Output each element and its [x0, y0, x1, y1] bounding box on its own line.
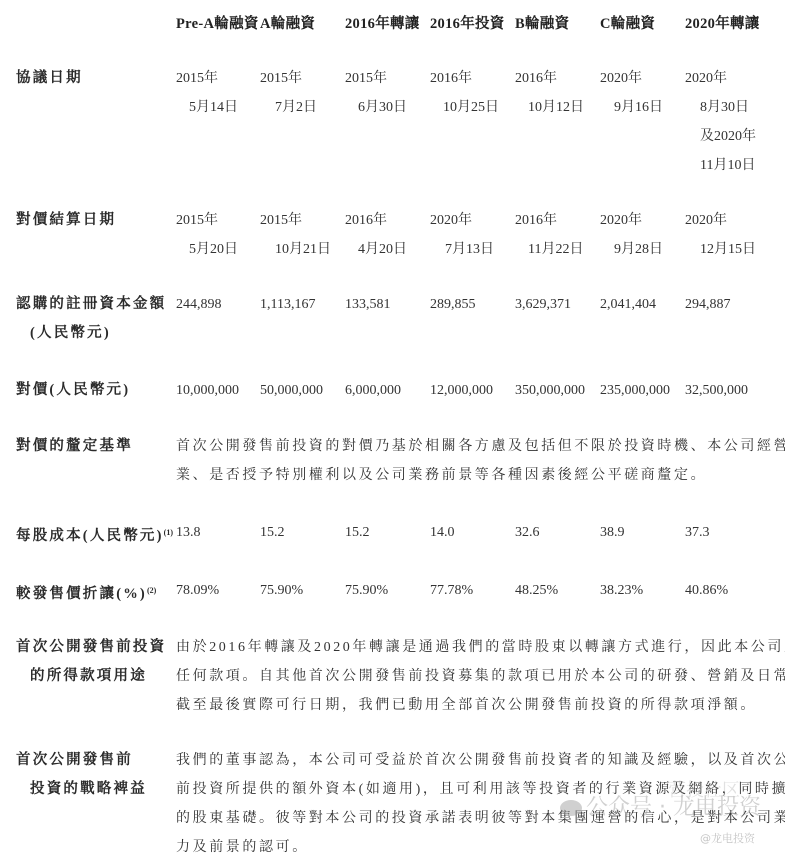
agreement-date-cell: 2020年 8月30日 及2020年 11月10日 [685, 64, 756, 180]
row-label-strategic-benefits: 首次公開發售前 投資的戰略裨益 [16, 746, 147, 804]
date-monthday: 9月16日 [600, 93, 663, 122]
paragraph-line: 由於2016年轉讓及2020年轉讓是通過我們的當時股東以轉讓方式進行，因此本公司… [176, 633, 776, 662]
agreement-date-cell: 2016年 10月12日 [515, 64, 584, 122]
row-label-consideration: 對價(人民幣元) [16, 376, 130, 405]
consideration-cell: 12,000,000 [430, 376, 493, 405]
discount-cell: 38.23% [600, 576, 643, 605]
date-year: 2015年 [176, 206, 238, 235]
date-monthday: 6月30日 [345, 93, 407, 122]
agreement-date-cell: 2020年 9月16日 [600, 64, 663, 122]
label-text: 每股成本(人民幣元) [16, 528, 164, 544]
settlement-date-cell: 2020年 12月15日 [685, 206, 756, 264]
paragraph-line: 業、是否授予特別權利以及公司業務前景等各種因素後經公平磋商釐定。 [176, 461, 776, 490]
cost-per-share-cell: 32.6 [515, 518, 540, 547]
cost-per-share-cell: 37.3 [685, 518, 710, 547]
paragraph-line: 力及前景的認可。 [176, 833, 776, 855]
settlement-date-cell: 2015年 5月20日 [176, 206, 238, 264]
row-label-cost-per-share: 每股成本(人民幣元)(1) [16, 518, 173, 551]
date-monthday: 5月20日 [176, 235, 238, 264]
consideration-cell: 32,500,000 [685, 376, 748, 405]
label-line: (人民幣元) [16, 319, 166, 348]
column-header-pre-a: Pre-A輪融資 [176, 12, 259, 33]
date-monthday: 10月25日 [430, 93, 499, 122]
cost-per-share-cell: 38.9 [600, 518, 625, 547]
paragraph-line: 的股東基礎。彼等對本公司的投資承諾表明彼等對本集團運營的信心，是對本公司業績、資 [176, 804, 776, 833]
basis-paragraph: 首次公開發售前投資的對價乃基於相關各方慮及包括但不限於投資時機、本公司經營所處行… [176, 432, 776, 490]
date-year: 及2020年 [685, 122, 756, 151]
row-label-settlement-date: 對價結算日期 [16, 206, 116, 235]
consideration-cell: 350,000,000 [515, 376, 585, 405]
label-text: 較發售價折讓(%) [16, 586, 147, 602]
settlement-date-cell: 2016年 11月22日 [515, 206, 583, 264]
date-year: 2020年 [600, 64, 663, 93]
cost-per-share-cell: 14.0 [430, 518, 455, 547]
registered-capital-cell: 3,629,371 [515, 290, 571, 319]
consideration-cell: 50,000,000 [260, 376, 323, 405]
registered-capital-cell: 289,855 [430, 290, 476, 319]
label-line: 首次公開發售前 [16, 752, 133, 768]
date-monthday: 7月2日 [260, 93, 317, 122]
paragraph-line: 我們的董事認為，本公司可受益於首次公開發售前投資者的知識及經驗，以及首次公開發售 [176, 746, 776, 775]
settlement-date-cell: 2016年 4月20日 [345, 206, 407, 264]
date-monthday: 7月13日 [430, 235, 494, 264]
date-monthday: 11月10日 [685, 151, 756, 180]
footnote-marker: (1) [164, 528, 173, 537]
row-label-use-of-proceeds: 首次公開發售前投資 的所得款項用途 [16, 633, 166, 691]
registered-capital-cell: 133,581 [345, 290, 391, 319]
date-year: 2015年 [176, 64, 238, 93]
column-header-2016-investment: 2016年投資 [430, 12, 505, 33]
date-year: 2020年 [685, 206, 756, 235]
agreement-date-cell: 2015年 7月2日 [260, 64, 317, 122]
discount-cell: 48.25% [515, 576, 558, 605]
consideration-cell: 6,000,000 [345, 376, 401, 405]
discount-cell: 78.09% [176, 576, 219, 605]
column-header-c-round: C輪融資 [600, 12, 655, 33]
cost-per-share-cell: 15.2 [345, 518, 370, 547]
row-label-basis: 對價的釐定基準 [16, 432, 133, 461]
agreement-date-cell: 2016年 10月25日 [430, 64, 499, 122]
date-monthday: 12月15日 [685, 235, 756, 264]
row-label-registered-capital: 認購的註冊資本金額 (人民幣元) [16, 290, 166, 348]
date-year: 2020年 [685, 64, 756, 93]
discount-cell: 75.90% [260, 576, 303, 605]
discount-cell: 75.90% [345, 576, 388, 605]
date-year: 2020年 [600, 206, 663, 235]
consideration-cell: 10,000,000 [176, 376, 239, 405]
date-year: 2016年 [430, 64, 499, 93]
cost-per-share-cell: 13.8 [176, 518, 201, 547]
label-line: 投資的戰略裨益 [16, 775, 147, 804]
row-label-agreement-date: 協議日期 [16, 64, 83, 93]
use-of-proceeds-paragraph: 由於2016年轉讓及2020年轉讓是通過我們的當時股東以轉讓方式進行，因此本公司… [176, 633, 776, 720]
date-year: 2016年 [515, 206, 583, 235]
watermark-faint: 营投社区 [668, 776, 740, 802]
paragraph-line: 首次公開發售前投資的對價乃基於相關各方慮及包括但不限於投資時機、本公司經營所處行 [176, 432, 776, 461]
agreement-date-cell: 2015年 6月30日 [345, 64, 407, 122]
label-line: 的所得款項用途 [16, 662, 166, 691]
column-header-2020-transfer: 2020年轉讓 [685, 12, 760, 33]
date-monthday: 4月20日 [345, 235, 407, 264]
date-year: 2016年 [515, 64, 584, 93]
watermark-handle: @龙电投资 [700, 830, 755, 846]
date-monthday: 10月12日 [515, 93, 584, 122]
row-label-discount: 較發售價折讓(%)(2) [16, 576, 156, 609]
date-year: 2020年 [430, 206, 494, 235]
discount-cell: 40.86% [685, 576, 728, 605]
date-monthday: 9月28日 [600, 235, 663, 264]
settlement-date-cell: 2015年 10月21日 [260, 206, 331, 264]
agreement-date-cell: 2015年 5月14日 [176, 64, 238, 122]
settlement-date-cell: 2020年 9月28日 [600, 206, 663, 264]
label-line: 認購的註冊資本金額 [16, 296, 166, 312]
paragraph-line: 截至最後實際可行日期，我們已動用全部首次公開發售前投資的所得款項淨額。 [176, 691, 776, 720]
registered-capital-cell: 2,041,404 [600, 290, 656, 319]
column-header-a-round: A輪融資 [260, 12, 315, 33]
date-year: 2016年 [345, 206, 407, 235]
cost-per-share-cell: 15.2 [260, 518, 285, 547]
registered-capital-cell: 244,898 [176, 290, 222, 319]
discount-cell: 77.78% [430, 576, 473, 605]
registered-capital-cell: 294,887 [685, 290, 731, 319]
date-year: 2015年 [345, 64, 407, 93]
date-monthday: 8月30日 [685, 93, 756, 122]
paragraph-line: 任何款項。自其他首次公開發售前投資募集的款項已用於本公司的研發、營銷及日常運營。 [176, 662, 776, 691]
date-monthday: 5月14日 [176, 93, 238, 122]
date-monthday: 10月21日 [260, 235, 331, 264]
settlement-date-cell: 2020年 7月13日 [430, 206, 494, 264]
date-year: 2015年 [260, 64, 317, 93]
column-header-2016-transfer: 2016年轉讓 [345, 12, 420, 33]
consideration-cell: 235,000,000 [600, 376, 670, 405]
date-year: 2015年 [260, 206, 331, 235]
footnote-marker: (2) [147, 586, 156, 595]
column-header-b-round: B輪融資 [515, 12, 569, 33]
registered-capital-cell: 1,113,167 [260, 290, 315, 319]
date-monthday: 11月22日 [515, 235, 583, 264]
label-line: 首次公開發售前投資 [16, 639, 166, 655]
